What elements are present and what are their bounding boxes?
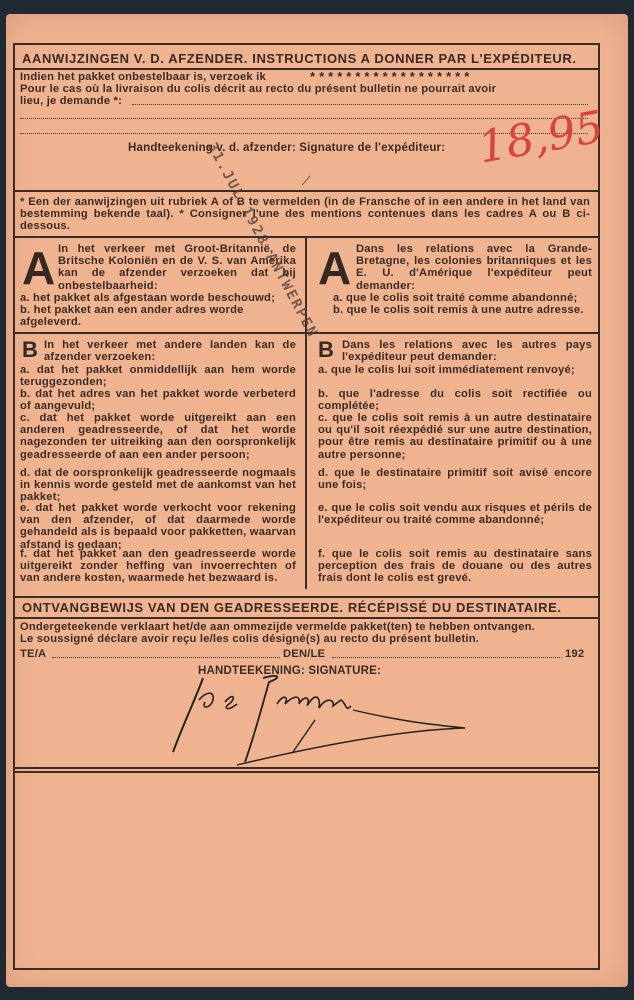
- divider: [13, 190, 600, 192]
- sender-line-2: Pour le cas où la livraison du colis déc…: [20, 83, 590, 95]
- section-b-nl-item-b: b. dat het adres van het pakket worde ve…: [20, 388, 296, 412]
- section-a-fr-item-b: b. que le colis soit remis à une autre a…: [333, 304, 595, 316]
- section-a-letter-fr: A: [318, 245, 351, 291]
- section-a-letter-nl: A: [22, 245, 55, 291]
- section-b-fr-item-f: f. que le colis soit remis au destinatai…: [318, 548, 592, 585]
- asterisk-note: * Een der aanwijzingen uit rubriek A of …: [20, 196, 590, 233]
- instruction-field-line-1[interactable]: [132, 104, 588, 105]
- section-b-nl-intro: In het verkeer met andere landen kan de …: [44, 339, 296, 363]
- sender-section-heading: AANWIJZINGEN V. D. AFZENDER. INSTRUCTION…: [22, 51, 577, 66]
- place-field[interactable]: [52, 657, 280, 658]
- sender-line-3: lieu, je demande *:: [20, 95, 122, 107]
- divider: [13, 68, 600, 70]
- divider: [13, 771, 600, 773]
- asterisk-row: * * * * * * * * * * * * * * * * * *: [310, 71, 469, 83]
- receipt-section-heading: ONTVANGBEWIJS VAN DEN GEADRESSEERDE. RÉC…: [22, 600, 562, 615]
- sender-signature-label: Handteekening v. d. afzender: Signature …: [128, 142, 445, 154]
- section-b-fr-item-a: a. que le colis lui soit immédiatement r…: [318, 364, 592, 376]
- section-a-fr-item-a: a. que le colis soit traité comme abando…: [333, 292, 595, 304]
- section-b-fr-intro: Dans les relations avec les autres pays …: [342, 339, 592, 363]
- receipt-line-nl: Ondergeteekende verklaart het/de aan omm…: [20, 621, 590, 633]
- section-b-nl-item-f: f. dat het pakket aan den geadresseerde …: [20, 548, 296, 585]
- receipt-line-fr: Le soussigné déclare avoir reçu le/les c…: [20, 633, 590, 645]
- section-a-fr-intro: Dans les relations avec la Grande-Bretag…: [356, 243, 592, 292]
- divider: [13, 617, 600, 619]
- handwritten-signature: [165, 670, 475, 770]
- section-b-letter-nl: B: [22, 340, 38, 360]
- place-label: TE/A: [20, 648, 46, 660]
- section-b-nl-item-a: a. dat het pakket onmiddellijk aan hem w…: [20, 364, 296, 388]
- section-b-nl-item-d: d. dat de oorspronkelijk geadresseerde n…: [20, 467, 296, 504]
- section-b-fr-item-d: d. que le destinataire primitif soit avi…: [318, 467, 592, 491]
- section-b-letter-fr: B: [318, 340, 334, 360]
- section-b-fr-item-e: e. que le colis soit vendu aux risques e…: [318, 502, 592, 526]
- date-field[interactable]: [332, 657, 562, 658]
- column-divider: [305, 236, 307, 589]
- section-b-nl-item-c: c. dat het pakket worde uitgereikt aan e…: [20, 412, 296, 461]
- year-label: 192: [565, 648, 584, 660]
- date-label: DEN/LE: [283, 648, 325, 660]
- section-a-nl-item-a: a. het pakket als afgestaan worde bescho…: [20, 292, 300, 304]
- sender-line-1: Indien het pakket onbestelbaar is, verzo…: [20, 71, 266, 83]
- section-a-nl-item-b: b. het pakket aan een ander adres worde …: [20, 304, 290, 328]
- divider: [13, 596, 600, 598]
- divider: [13, 767, 600, 769]
- section-b-fr-item-b: b. que l'adresse du colis soit rectifiée…: [318, 388, 592, 412]
- section-b-fr-item-c: c. que le colis soit remis à un autre de…: [318, 412, 592, 461]
- section-b-nl-item-e: e. dat het pakket worde verkocht voor re…: [20, 502, 296, 551]
